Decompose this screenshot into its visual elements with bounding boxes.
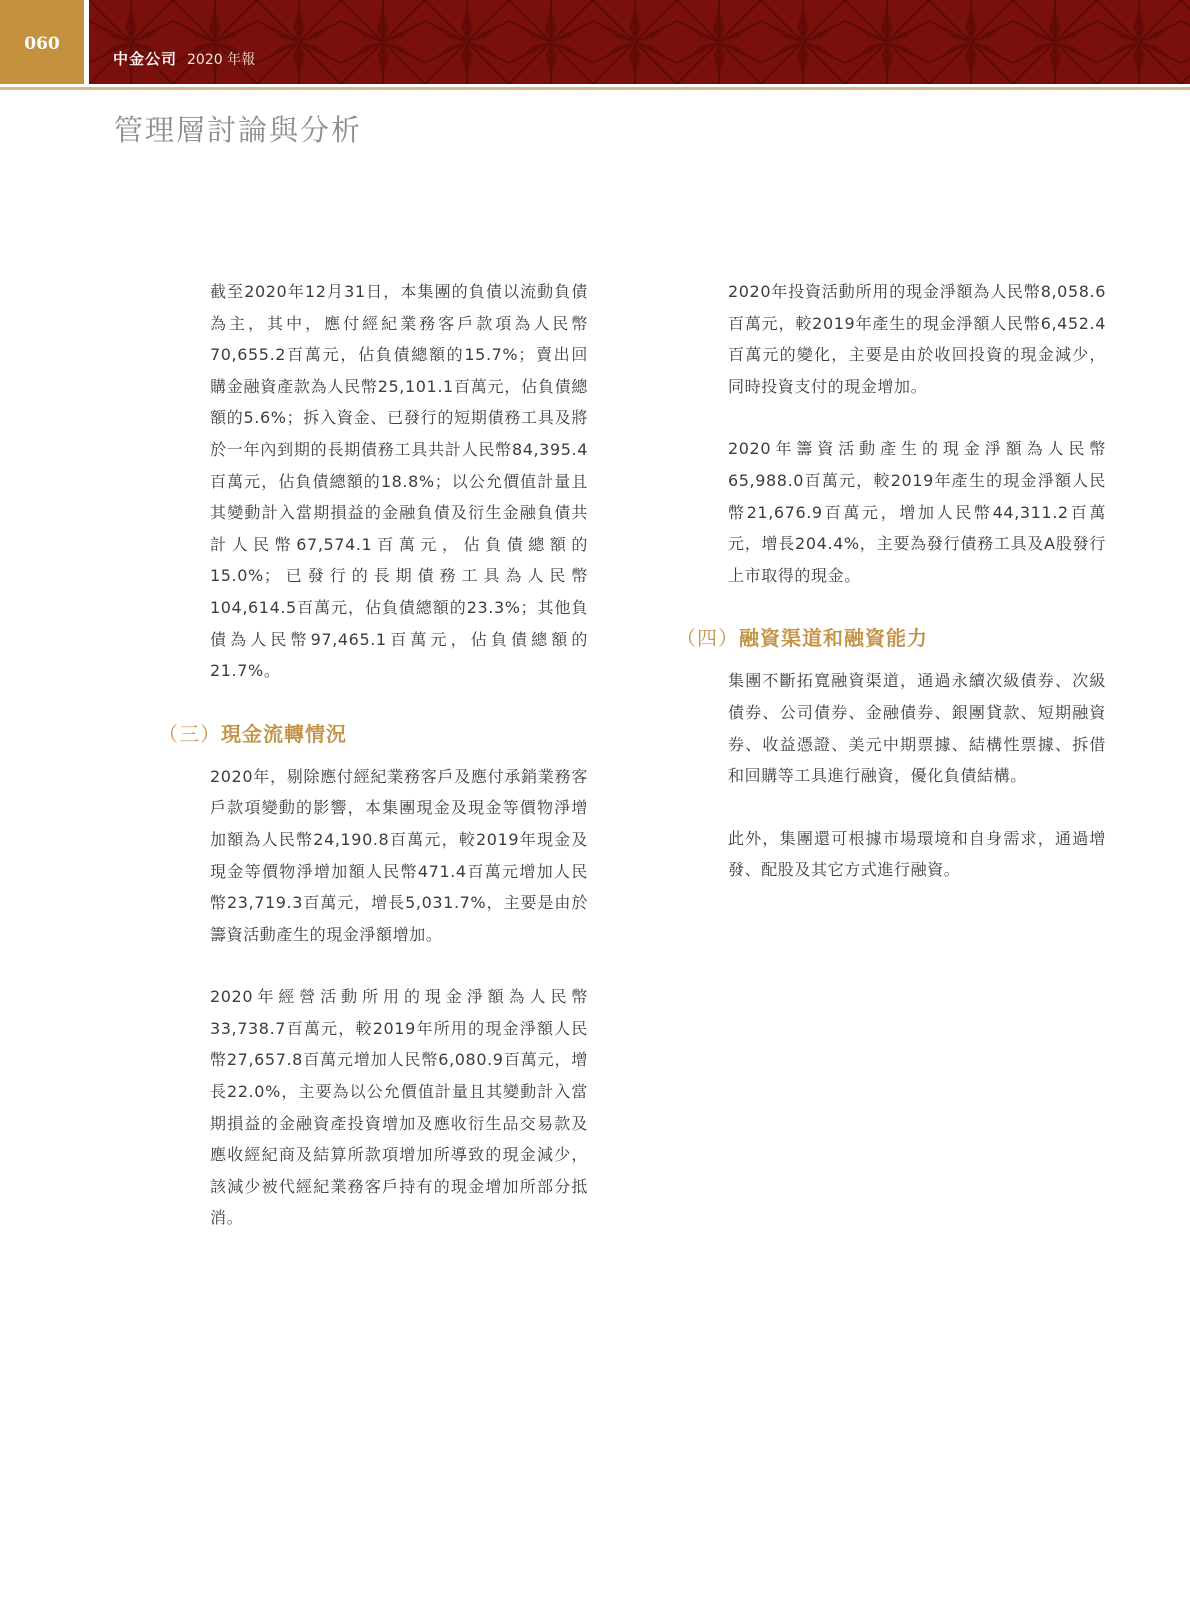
- section-number: （三）: [158, 722, 221, 746]
- page-header: 060: [0, 0, 1190, 86]
- header-divider: [0, 87, 1190, 90]
- operating-activities-paragraph: 2020年經營活動所用的現金淨額為人民幣33,738.7百萬元，較2019年所用…: [210, 981, 588, 1234]
- liabilities-paragraph: 截至2020年12月31日，本集團的負債以流動負債為主，其中，應付經紀業務客戶款…: [210, 276, 588, 687]
- asanoha-pattern-icon: [89, 0, 1190, 84]
- right-column: 2020年投資活動所用的現金淨額為人民幣8,058.6百萬元，較2019年產生的…: [676, 276, 1116, 917]
- other-financing-paragraph: 此外，集團還可根據市場環境和自身需求，通過增發、配股及其它方式進行融資。: [728, 823, 1106, 886]
- section-title: 融資渠道和融資能力: [739, 626, 928, 650]
- section-number: （四）: [676, 626, 739, 650]
- left-column: 截至2020年12月31日，本集團的負債以流動負債為主，其中，應付經紀業務客戶款…: [158, 276, 598, 1265]
- page-number: 060: [24, 34, 60, 54]
- report-year: 2020 年報: [187, 49, 255, 69]
- cash-equivalents-paragraph: 2020年，剔除應付經紀業務客戶及應付承銷業務客戶款項變動的影響，本集團現金及現…: [210, 761, 588, 951]
- page-title: 管理層討論與分析: [114, 108, 362, 149]
- report-title: 中金公司 2020 年報: [113, 48, 255, 69]
- section-heading-cash-flow: （三）現金流轉情況: [158, 718, 598, 747]
- company-name: 中金公司: [113, 48, 177, 69]
- investing-activities-paragraph: 2020年投資活動所用的現金淨額為人民幣8,058.6百萬元，較2019年產生的…: [728, 276, 1106, 402]
- section-heading-financing-channels: （四）融資渠道和融資能力: [676, 622, 1116, 651]
- financing-channels-paragraph: 集團不斷拓寬融資渠道，通過永續次級債券、次級債券、公司債券、金融債券、銀團貸款、…: [728, 665, 1106, 791]
- header-banner: 中金公司 2020 年報: [89, 0, 1190, 84]
- page-number-box: 060: [0, 0, 84, 84]
- financing-activities-paragraph: 2020年籌資活動產生的現金淨額為人民幣65,988.0百萬元，較2019年產生…: [728, 433, 1106, 591]
- section-title: 現金流轉情況: [221, 722, 347, 746]
